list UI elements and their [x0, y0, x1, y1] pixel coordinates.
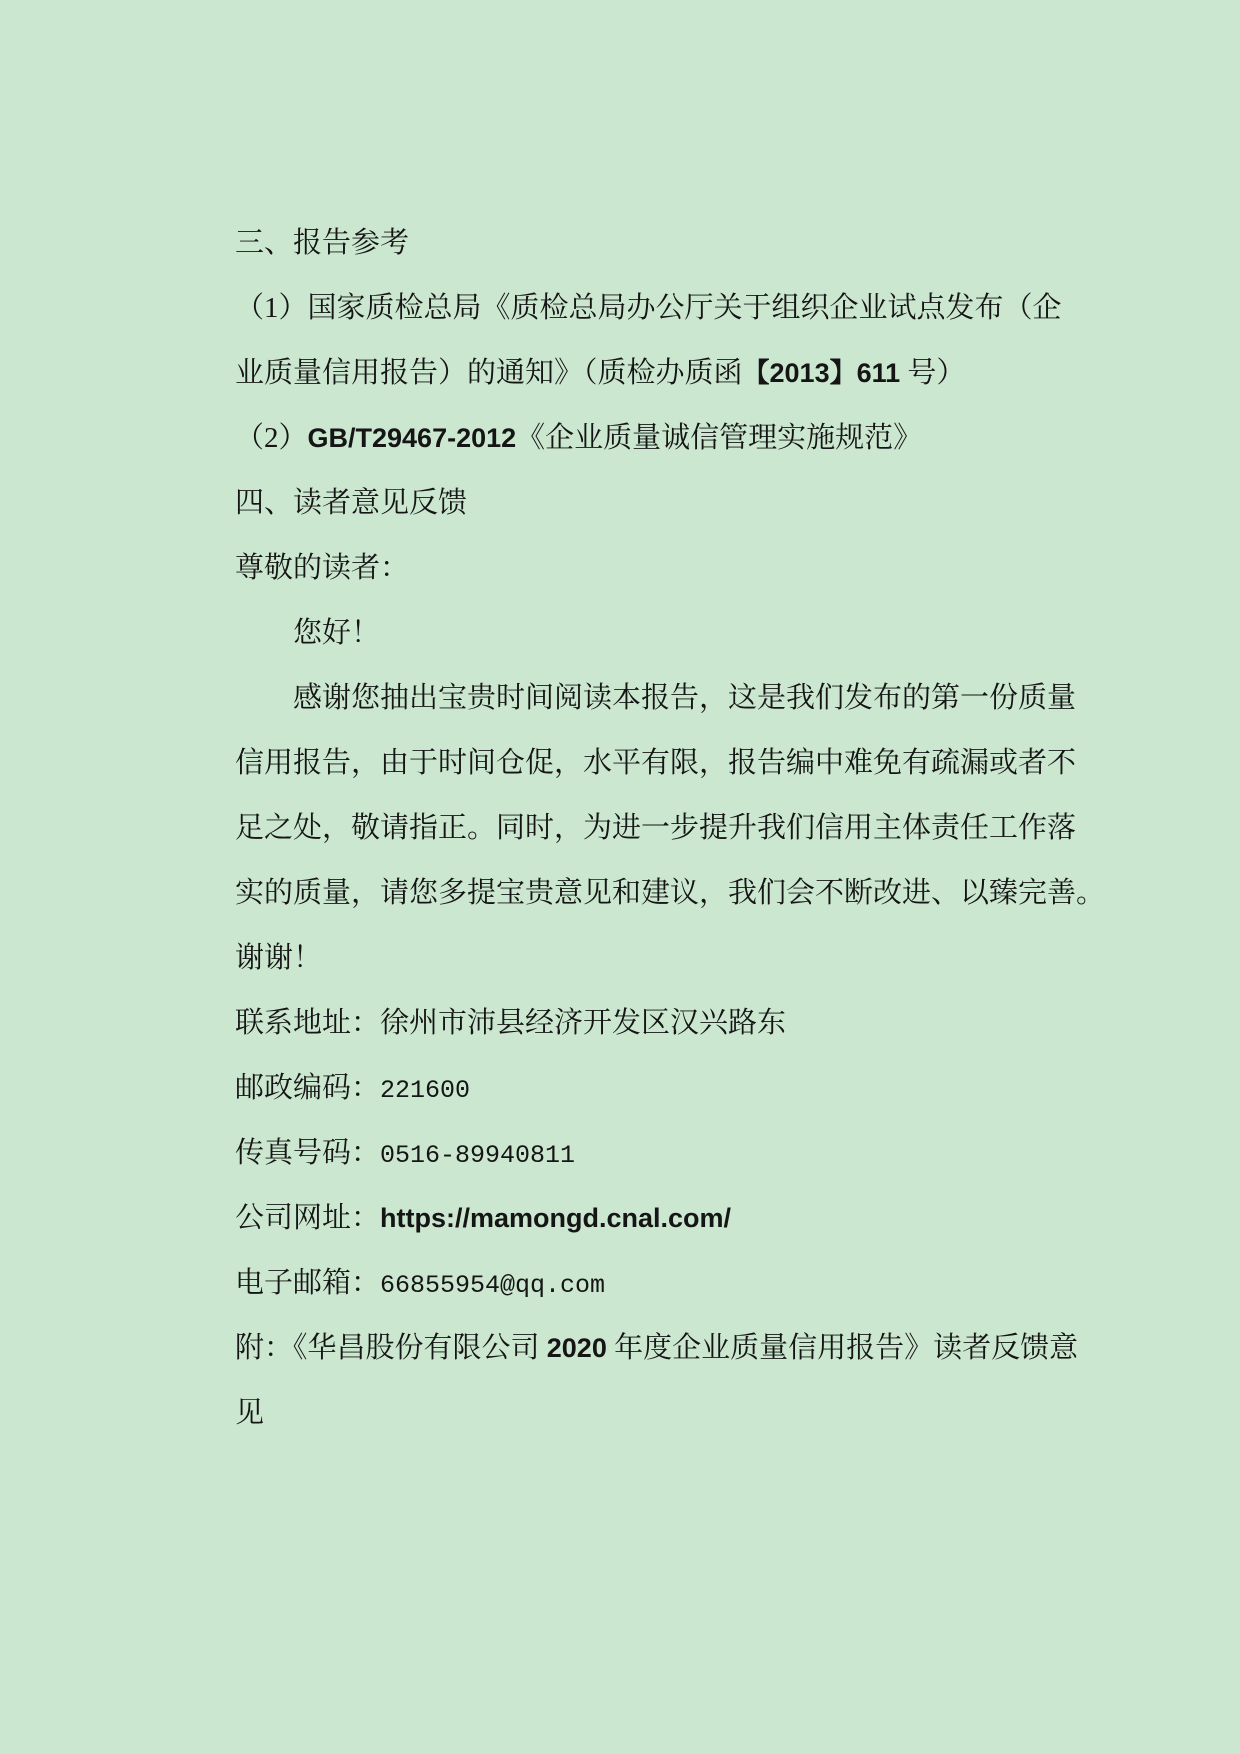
reference-1-doc-number: 【2013】611: [743, 358, 901, 388]
feedback-paragraph-text-3: 足之处，敬请指正。同时，为进一步提升我们信用主体责任工作落: [235, 812, 1076, 844]
fax-number-label: 传真号码：: [235, 1137, 380, 1169]
document-page: 三、报告参考 （1）国家质检总局《质检总局办公厅关于组织企业试点发布（企 业质量…: [0, 0, 1240, 1754]
attachment-text-continued: 见: [235, 1397, 264, 1429]
feedback-paragraph-text-2: 信用报告，由于时间仓促，水平有限，报告编中难免有疏漏或者不: [235, 747, 1076, 779]
website-url: https://mamongd.cnal.com/: [380, 1203, 731, 1233]
reference-1-text-continued: 业质量信用报告）的通知》（质检办质函: [235, 357, 743, 389]
contact-address-line: 联系地址：徐州市沛县经济开发区汉兴路东: [211, 926, 1056, 991]
fax-number-value: 0516-89940811: [380, 1141, 575, 1170]
reference-2-index: （2）: [235, 422, 308, 454]
heading-references: 三、报告参考: [211, 146, 1056, 211]
thanks-text: 谢谢！: [235, 942, 322, 974]
feedback-paragraph-text-1: 感谢您抽出宝贵时间阅读本报告，这是我们发布的第一份质量: [293, 682, 1076, 714]
contact-address-text: 联系地址：徐州市沛县经济开发区汉兴路东: [235, 1007, 786, 1039]
feedback-paragraph-text-4: 实的质量，请您多提宝贵意见和建议，我们会不断改进、以臻完善。: [235, 877, 1105, 909]
postal-code-value: 221600: [380, 1076, 470, 1105]
website-label: 公司网址：: [235, 1202, 380, 1234]
heading-reader-feedback-text: 四、读者意见反馈: [235, 487, 467, 519]
heading-references-text: 三、报告参考: [235, 227, 409, 259]
email-value: 66855954@qq.com: [380, 1271, 605, 1300]
reference-2-standard-title: 《企业质量诚信管理实施规范》: [516, 422, 922, 454]
reference-1-suffix: 号）: [900, 357, 965, 389]
postal-code-label: 邮政编码：: [235, 1072, 380, 1104]
attachment-year: 2020: [547, 1333, 607, 1363]
reference-1-text: （1）国家质检总局《质检总局办公厅关于组织企业试点发布（企: [235, 292, 1062, 324]
attachment-suffix: 年度企业质量信用报告》读者反馈意: [607, 1332, 1078, 1364]
attachment-prefix: 附：《华昌股份有限公司: [235, 1332, 547, 1364]
document-content: 三、报告参考 （1）国家质检总局《质检总局办公厅关于组织企业试点发布（企 业质量…: [211, 146, 1056, 1381]
greeting-text: 您好！: [293, 617, 380, 649]
salutation-text: 尊敬的读者：: [235, 552, 409, 584]
email-label: 电子邮箱：: [235, 1267, 380, 1299]
reference-2-standard-number: GB/T29467-2012: [308, 423, 517, 453]
